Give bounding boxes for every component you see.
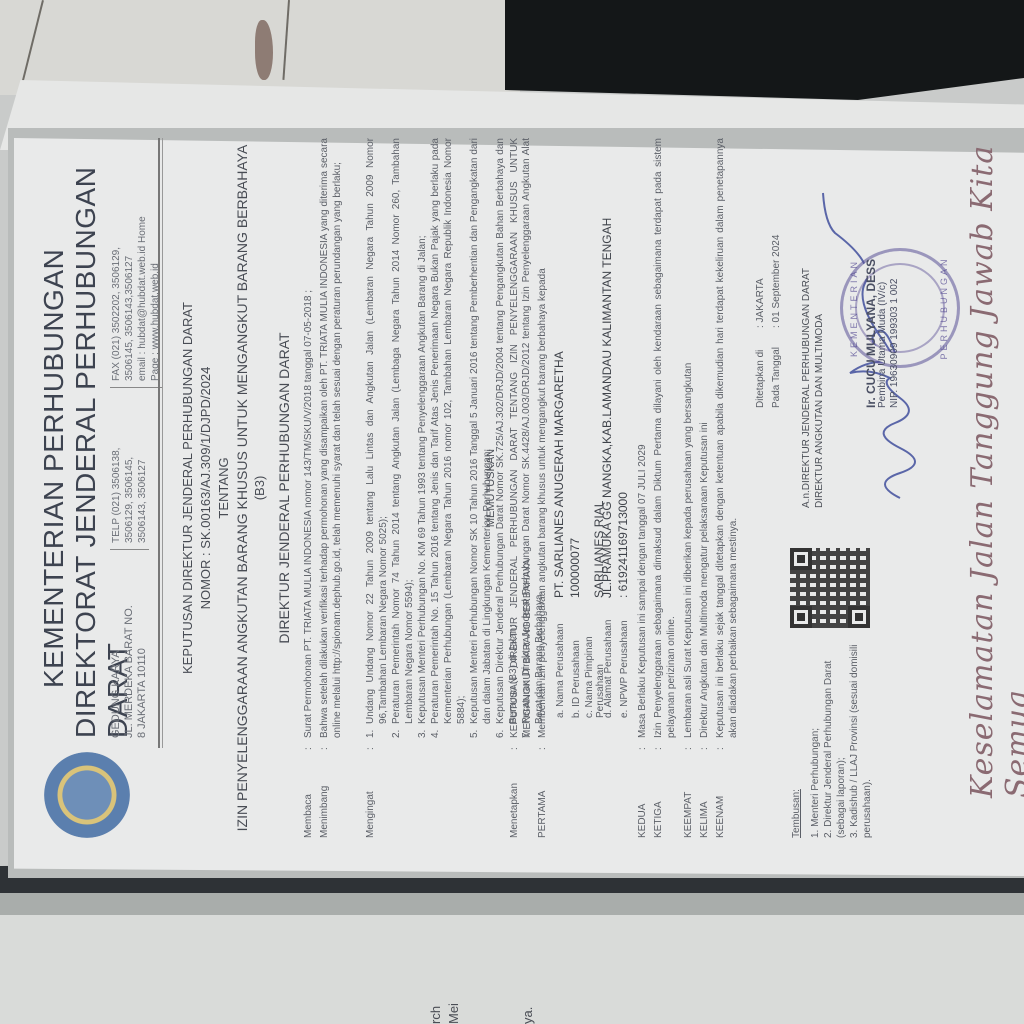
company-address-field: d. Alamat PerusahaanJL.PRAMUKA GG NANGKA… — [600, 218, 614, 718]
section-text: Surat Permohonan PT. TRIATA MULIA INDONE… — [302, 138, 315, 738]
qr-finder — [790, 548, 812, 570]
section-text: Memberikan izin penyelenggaraan angkutan… — [536, 138, 549, 738]
stamp-text: KEMENTERIAN — [849, 251, 859, 365]
colon: : — [302, 747, 315, 750]
company-name-field: a. Nama PerusahaanPT. SARLIANES ANUGERAH… — [552, 351, 566, 718]
date-of-issue: Pada Tanggal: 01 September 2024 — [770, 138, 783, 408]
lower-page — [0, 915, 1024, 1024]
signer-nip: NIP. 19630909 199303 1 002 — [889, 168, 901, 408]
decree-document: KEMENTERIAN PERHUBUNGAN DIREKTORAT JENDE… — [30, 138, 1010, 838]
section-text: KEPUTUSAN DIREKTUR JENDERAL PERHUBUNGAN … — [508, 138, 534, 738]
fax-line: 3506145, 3506143,3506127 — [123, 148, 136, 381]
tembusan-item: 1. Menteri Perhubungan; — [809, 638, 822, 838]
company-id-field: b. ID Perusahaan100000077 — [568, 538, 582, 718]
decree-title: KEPUTUSAN DIREKTUR JENDERAL PERHUBUNGAN … — [180, 138, 195, 838]
email-line: email : hubdat@hubdat.web.id Home — [136, 148, 149, 381]
legal-reference: 2.Peraturan Pemerintah Nomor 74 Tahun 20… — [390, 138, 416, 738]
telephone-info: TELP (021) 3506138, 3506129, 3506145, 35… — [110, 390, 149, 550]
office-address: GEDUNG KARYA JL. MERDEKA BARAT NO. 8 JAK… — [110, 568, 149, 738]
decree-subject: IZIN PENYELENGGARAAN ANGKUTAN BARANG KHU… — [234, 138, 250, 838]
place-of-issue: Ditetapkan di: JAKARTA — [754, 138, 767, 408]
fax-line: FAX (021) 3502202, 3506129, — [110, 148, 123, 381]
qr-finder — [790, 606, 812, 628]
lower-page-text: Mei — [446, 1003, 461, 1024]
decree-subject-b3: (B3) — [252, 138, 267, 838]
address-line: 8 JAKARTA 10110 — [136, 568, 149, 738]
on-behalf-line: A.n.DIREKTUR JENDERAL PERHUBUNGAN DARAT — [800, 148, 813, 508]
letterhead: KEMENTERIAN PERHUBUNGAN DIREKTORAT JENDE… — [30, 138, 160, 838]
qr-code — [790, 548, 870, 628]
ministry-logo-icon — [44, 752, 130, 838]
colon: : — [318, 747, 331, 750]
lower-page-text: ya. — [520, 1007, 535, 1024]
section-text: Bahwa setelah dilakukan verifikasi terha… — [318, 138, 344, 738]
address-line: GEDUNG KARYA — [110, 568, 123, 738]
decree-about: TENTANG — [216, 138, 231, 838]
colon: : — [364, 747, 377, 750]
signer-rank: Pembina Utama Muda (IV/c) — [877, 168, 889, 408]
section-label: PERTAMA — [536, 758, 549, 838]
telp-line: 3506143, 3506127 — [136, 390, 149, 543]
tembusan-section: Tembusan: 1. Menteri Perhubungan; 2. Dir… — [790, 638, 874, 838]
section-label: Membaca — [302, 758, 315, 838]
address-line: JL. MERDEKA BARAT NO. — [123, 568, 136, 738]
issuer-title: DIREKTUR JENDERAL PERHUBUNGAN DARAT — [276, 138, 292, 838]
fax-email-info: FAX (021) 3502202, 3506129, 3506145, 350… — [110, 148, 162, 388]
tembusan-title: Tembusan: — [790, 638, 803, 838]
letterhead-divider — [158, 138, 163, 748]
colon: : — [508, 747, 521, 750]
section-label: Mengingat — [364, 758, 377, 838]
decree-number: NOMOR : SK.00163/AJ.309/1/DJPD/2024 — [198, 138, 213, 838]
legal-reference: 3.Keputusan Menteri Perhubungan No. KM 6… — [416, 138, 429, 738]
safety-slogan: Keselamatan Jalan Tanggung Jawab Kita Se… — [965, 138, 1024, 798]
dark-surface — [505, 0, 1024, 100]
company-npwp-field: e. NPWP Perusahaan: 619241169713000 — [616, 492, 630, 718]
legal-reference: 1.Undang Undang Nomor 22 Tahun 2009 tent… — [364, 138, 390, 738]
telp-line: 3506129, 3506145, — [123, 390, 136, 543]
telp-line: TELP (021) 3506138, — [110, 390, 123, 543]
lower-page-text: rch — [428, 1006, 443, 1024]
tembusan-item: 2. Direktur Jenderal Perhubungan Darat (… — [822, 638, 848, 838]
signer-details: Ir. CUCU MULYANA, DESS Pembina Utama Mud… — [865, 168, 901, 408]
memutuskan-heading: MEMUTUSKAN — [485, 138, 497, 838]
tembusan-item: 3. Kadishub / LLAJ Provinsi (sesuai domi… — [848, 638, 874, 838]
signer-name: Ir. CUCU MULYANA, DESS — [865, 168, 877, 408]
ministry-name: KEMENTERIAN PERHUBUNGAN — [38, 249, 70, 688]
colon: : — [536, 747, 549, 750]
qr-finder — [848, 606, 870, 628]
legal-reference: 4.Peraturan Pemerintah No. 15 Tahun 2016… — [429, 138, 468, 738]
section-label: Menimbang — [318, 758, 331, 838]
section-label: Menetapkan — [508, 758, 521, 838]
stamp-text: PERHUBUNGAN — [939, 251, 949, 365]
